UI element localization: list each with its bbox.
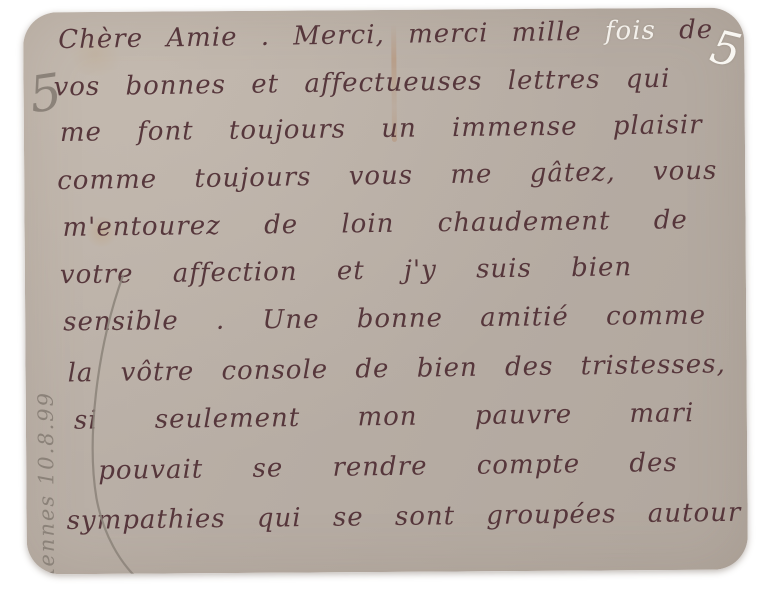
letter-line-6: votre affection et j'y suis bien <box>60 252 633 290</box>
letter-line-3: me font toujours un immense plaisir <box>60 110 703 148</box>
scan-background: Chère Amie . Merci, merci mille fois de … <box>0 0 768 595</box>
letter-line-7: sensible . Une bonne amitié comme <box>63 301 706 338</box>
letter-card: Chère Amie . Merci, merci mille fois de … <box>23 7 748 574</box>
letter-line-11: sympathies qui se sont groupées autour <box>66 498 741 536</box>
pencil-bracket-line <box>73 274 147 575</box>
letter-line-1-text: Chère Amie . Merci, merci mille <box>58 17 582 55</box>
letter-line-1: Chère Amie . Merci, merci mille fois de <box>58 15 713 55</box>
letter-line-9: si seulement mon pauvre mari <box>74 398 695 436</box>
letter-line-8: la vôtre console de bien des tristesses, <box>67 349 726 388</box>
letter-line-5: m'entourez de loin chaudement de <box>62 205 688 243</box>
letter-line-10: pouvait se rendre compte des <box>98 448 678 486</box>
pencil-margin-date-note: Rennes 10.8.99 <box>35 284 58 574</box>
letter-line-4: comme toujours vous me gâtez, vous <box>57 156 718 196</box>
white-ink-overwrite-word: fois <box>605 16 656 47</box>
letter-line-1-tail: de <box>679 15 713 46</box>
pencil-bracket-path <box>92 276 144 575</box>
letter-line-2: vos bonnes et affectueuses lettres qui <box>53 64 670 103</box>
